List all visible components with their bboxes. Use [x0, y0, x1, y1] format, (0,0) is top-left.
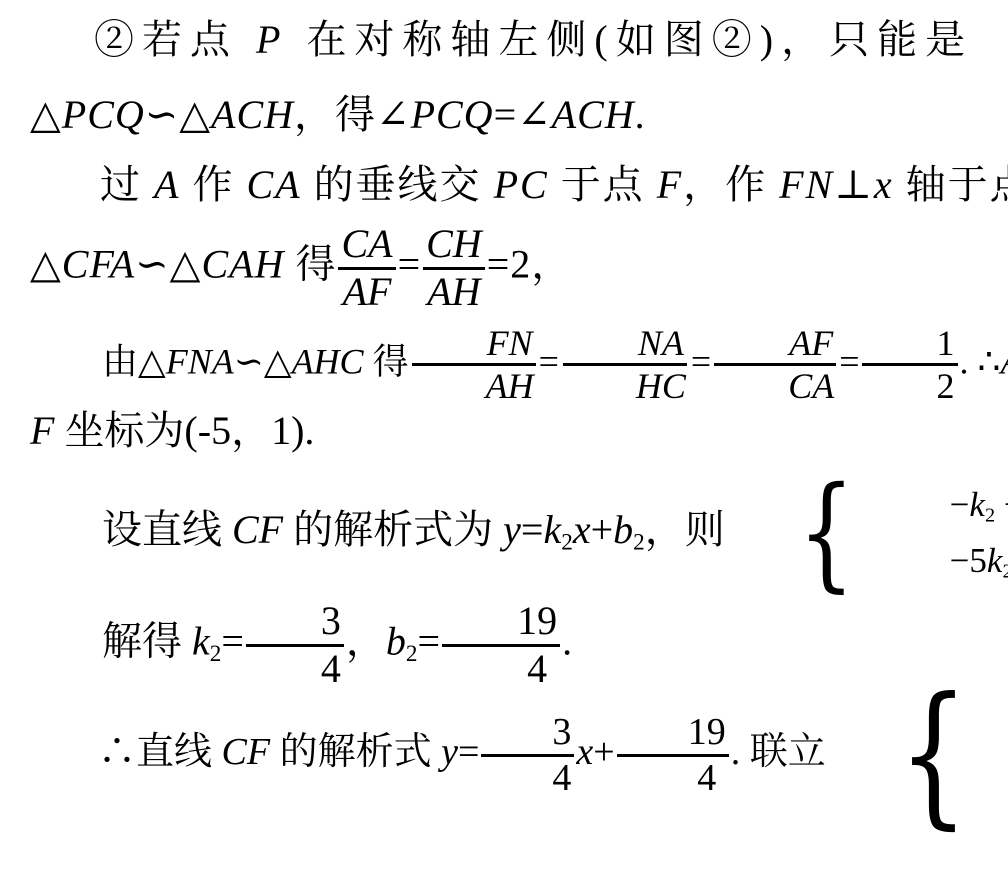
- text-run: =: [839, 341, 859, 381]
- fraction-denominator: HC: [561, 366, 689, 405]
- equation-rows: −k2 + b2 = 4−5k2 + b2 = 1: [876, 484, 1008, 584]
- fraction-numerator: NA: [563, 325, 687, 367]
- text-run: 2: [406, 641, 418, 667]
- text-line-6: F 坐标为(-5，1).: [30, 407, 980, 455]
- equation-row-2: y = −x2 − 2x + 3: [994, 778, 1008, 820]
- equation-row-2: −5k2 + b2 = 1: [878, 540, 1008, 584]
- left-brace-icon: {: [849, 690, 969, 821]
- text-run: 于点: [549, 162, 657, 207]
- text-run: −: [950, 485, 970, 524]
- text-line-5: 由△FNA∽△AHC 得FNAH=NAHC=AFCA=12. ∴AN=2，FN=…: [30, 325, 980, 405]
- fraction-numerator: 19: [442, 601, 560, 647]
- text-line-2: △PCQ∽△ACH，得∠PCQ=∠ACH.: [30, 91, 980, 139]
- math-variable: CAH: [201, 241, 284, 286]
- math-variable: y: [441, 731, 458, 773]
- fraction: CAAF: [338, 224, 395, 313]
- text-run: =: [691, 341, 711, 381]
- text-run: +: [995, 485, 1008, 524]
- text-run: ⊥: [834, 162, 874, 207]
- text-run: 2: [210, 641, 222, 667]
- document-page: ②若点 P 在对称轴左侧(如图②)，只能是 △PCQ∽△ACH，得∠PCQ=∠A…: [0, 0, 1008, 881]
- fraction-numerator: CH: [423, 224, 485, 270]
- text-run: 作: [180, 162, 246, 207]
- text-run: =: [521, 507, 544, 552]
- math-variable: CF: [222, 731, 271, 773]
- math-variable: FN: [779, 162, 834, 207]
- math-variable: ACH: [211, 92, 294, 137]
- text-run: ，: [346, 619, 386, 664]
- math-variable: b: [613, 507, 633, 552]
- text-line-1: ②若点 P 在对称轴左侧(如图②)，只能是: [30, 16, 980, 64]
- equation-rows: y = 34x + 194y = −x2 − 2x + 3: [992, 691, 1008, 819]
- fraction-denominator: AF: [340, 270, 395, 313]
- text-line-4: △CFA∽△CAH 得CAAF=CHAH=2，: [30, 224, 980, 313]
- math-variable: k: [543, 507, 561, 552]
- text-run: . 联立: [731, 731, 826, 773]
- math-variable: x: [573, 507, 591, 552]
- text-line-8: 解得 k2=34，b2=194.: [30, 601, 980, 690]
- text-run: 轴于点: [894, 162, 1008, 207]
- text-run: 解得: [102, 619, 192, 664]
- math-variable: F: [30, 408, 54, 453]
- text-run: ∽: [135, 241, 170, 286]
- line-7-head: 设直线 CF 的解析式为 y=k2x+b2，则: [102, 507, 725, 552]
- text-run: 2: [633, 529, 645, 555]
- text-run: . ∴: [960, 341, 1001, 381]
- fraction-denominator: 2: [862, 366, 958, 405]
- left-brace-icon: {: [746, 481, 855, 586]
- fraction: 194: [442, 601, 560, 690]
- text-run: =: [458, 731, 479, 773]
- text-line-3: 过 A 作 CA 的垂线交 PC 于点 F，作 FN⊥x 轴于点 N. 由: [30, 161, 980, 209]
- text-run: △: [264, 341, 292, 381]
- equation-row-1: −k2 + b2 = 4: [878, 484, 1008, 528]
- fraction: FNAH: [411, 325, 537, 405]
- text-run: .: [562, 619, 572, 664]
- text-run: =2，: [487, 241, 573, 286]
- math-variable: P: [256, 17, 288, 62]
- fraction-denominator: 4: [626, 757, 719, 798]
- fraction: 34: [246, 601, 344, 690]
- text-run: +: [591, 507, 614, 552]
- fraction-numerator: 19: [617, 713, 729, 757]
- math-variable: y: [503, 507, 521, 552]
- fraction: 194: [617, 713, 729, 798]
- text-run: 由: [102, 341, 138, 381]
- text-run: 过: [100, 162, 154, 207]
- equation-system-2: {y = 34x + 194y = −x2 − 2x + 3: [826, 690, 1008, 821]
- fraction: 34: [481, 713, 574, 798]
- fraction-denominator: AH: [411, 366, 537, 405]
- text-run: ∴直线: [98, 731, 222, 773]
- fraction: NAHC: [561, 325, 689, 405]
- text-run: △: [170, 241, 202, 286]
- fraction-numerator: CA: [338, 224, 395, 270]
- text-run: 的垂线交: [302, 162, 494, 207]
- text-run: △: [179, 92, 211, 137]
- text-run: 的解析式为: [283, 507, 503, 552]
- text-run: ∽: [145, 92, 180, 137]
- math-variable: FNA: [166, 341, 234, 381]
- text-run: 得: [284, 241, 336, 286]
- text-run: ，得∠: [294, 92, 411, 137]
- text-run: △: [30, 92, 62, 137]
- text-line-7: 设直线 CF 的解析式为 y=k2x+b2，则{−k2 + b2 = 4−5k2…: [30, 481, 980, 586]
- text-run: 得: [364, 341, 409, 381]
- fraction: CHAH: [423, 224, 485, 313]
- line-9-head: ∴直线 CF 的解析式 y=34x+194. 联立: [98, 731, 826, 773]
- math-variable: ACH: [552, 92, 635, 137]
- equation-system-1: {−k2 + b2 = 4−5k2 + b2 = 1: [725, 481, 1008, 586]
- math-variable: F: [657, 162, 683, 207]
- fraction-denominator: 4: [246, 647, 344, 690]
- text-run: .: [635, 92, 646, 137]
- text-line-9: ∴直线 CF 的解析式 y=34x+194. 联立{y = 34x + 194y…: [30, 690, 980, 821]
- math-variable: k: [969, 485, 985, 524]
- math-variable: k: [987, 541, 1003, 580]
- text-run: △: [30, 241, 62, 286]
- math-variable: CFA: [62, 241, 135, 286]
- fraction-numerator: 3: [246, 601, 344, 647]
- text-run: =∠: [494, 92, 552, 137]
- text-run: ，作: [683, 162, 779, 207]
- text-run: +: [593, 731, 614, 773]
- fraction-numerator: FN: [412, 325, 536, 367]
- text-run: =: [221, 619, 244, 664]
- equation-row-1: y = 34x + 194: [994, 691, 1008, 769]
- math-variable: CF: [232, 507, 283, 552]
- fraction: AFCA: [713, 325, 837, 405]
- math-variable: PCQ: [62, 92, 145, 137]
- math-variable: AHC: [292, 341, 364, 381]
- math-variable: PC: [494, 162, 549, 207]
- text-run: 2: [561, 529, 573, 555]
- text-run: ，则: [645, 507, 725, 552]
- text-run: ∽: [234, 341, 264, 381]
- math-variable: x: [874, 162, 894, 207]
- math-variable: k: [192, 619, 210, 664]
- fraction-denominator: AH: [424, 270, 483, 313]
- text-run: 坐标为(-5，1).: [54, 408, 314, 453]
- fraction-numerator: 3: [481, 713, 574, 757]
- fraction-numerator: 1: [862, 325, 958, 367]
- text-run: ②若点: [94, 17, 256, 62]
- text-run: =: [418, 619, 441, 664]
- math-variable: AN: [1000, 341, 1008, 381]
- fraction-numerator: AF: [714, 325, 836, 367]
- text-run: 2: [1002, 560, 1008, 582]
- fraction-denominator: CA: [713, 366, 837, 405]
- math-variable: PCQ: [411, 92, 494, 137]
- text-run: 在对称轴左侧(如图②)，只能是: [288, 17, 973, 62]
- text-run: =: [398, 241, 422, 286]
- text-run: −5: [950, 541, 987, 580]
- text-run: △: [138, 341, 166, 381]
- fraction-denominator: 4: [481, 757, 574, 798]
- text-run: 设直线: [102, 507, 232, 552]
- fraction: 12: [862, 325, 958, 405]
- text-run: 2: [985, 504, 995, 526]
- math-variable: A: [154, 162, 180, 207]
- math-variable: b: [386, 619, 406, 664]
- fraction-denominator: 4: [452, 647, 550, 690]
- math-variable: x: [576, 731, 593, 773]
- math-variable: CA: [246, 162, 301, 207]
- text-run: =: [539, 341, 559, 381]
- text-run: 的解析式: [270, 731, 441, 773]
